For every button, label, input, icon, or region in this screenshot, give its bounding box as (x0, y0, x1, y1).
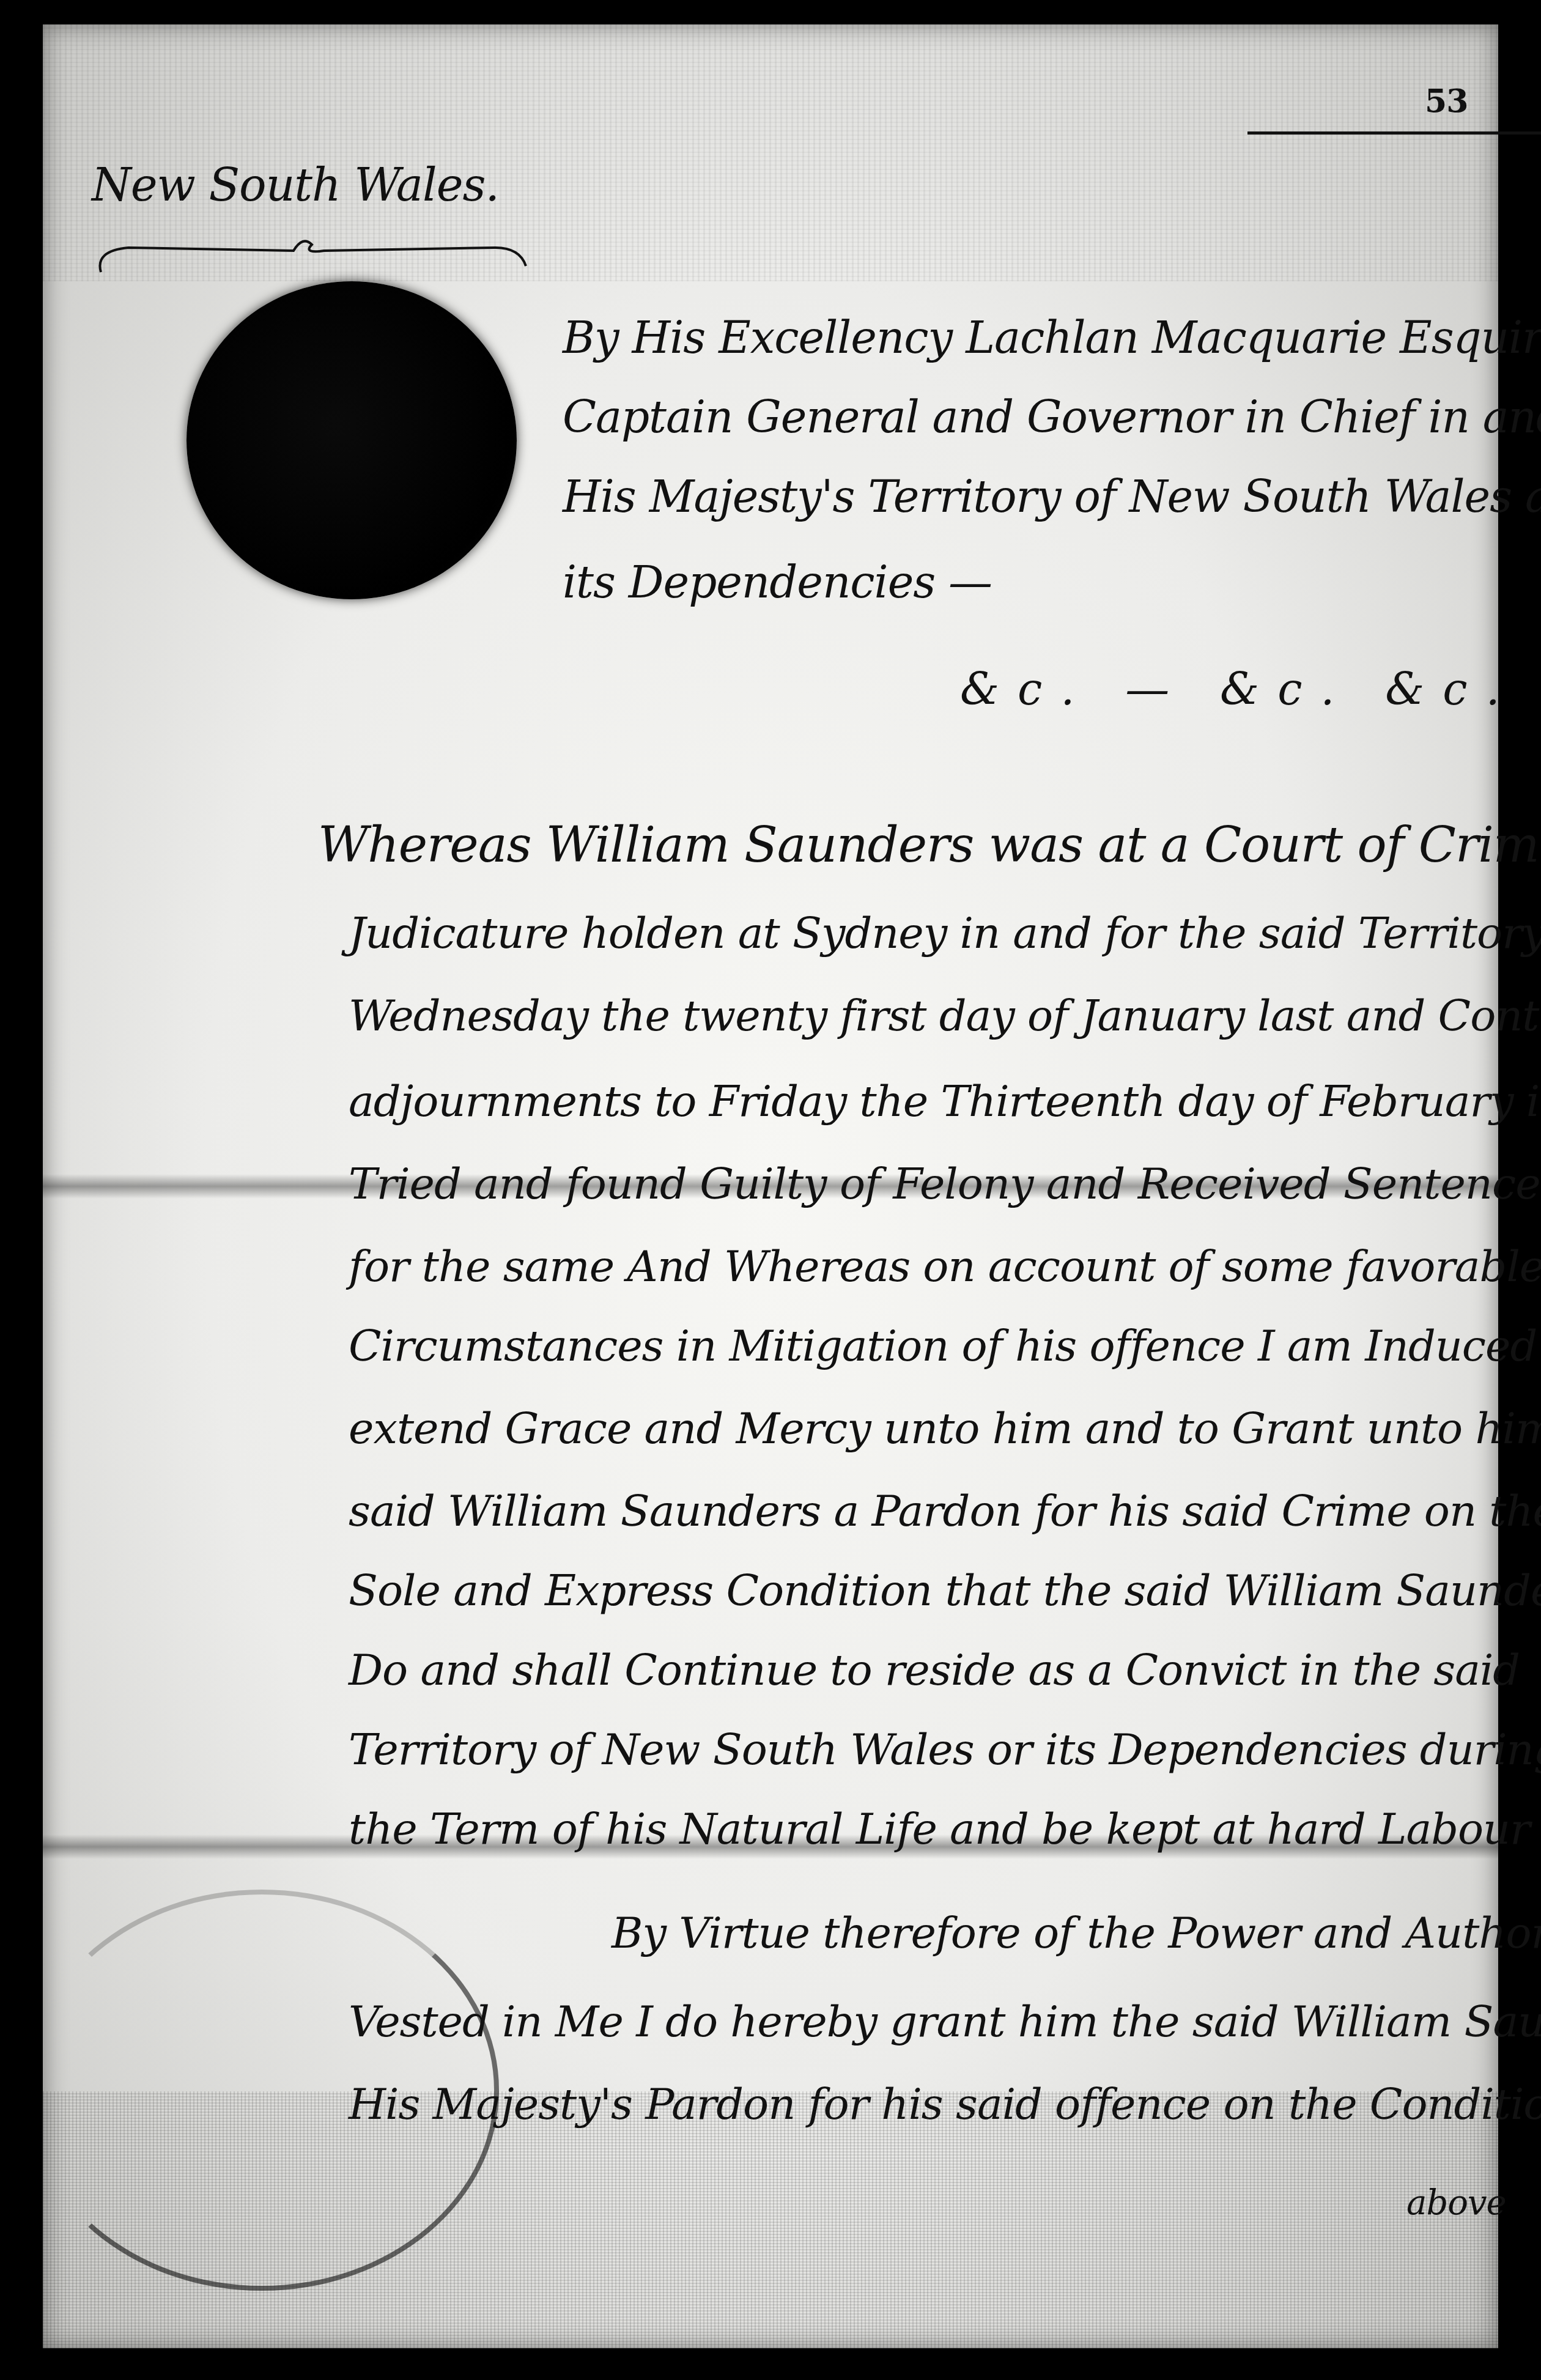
catchword: above (1406, 2183, 1506, 2223)
body-line: Wednesday the twenty first day of Januar… (349, 991, 1541, 1041)
body-line: Judicature holden at Sydney in and for t… (349, 908, 1541, 958)
manuscript-page: 53 New South Wales. By His Excellency La… (43, 24, 1498, 2348)
etc-line: &c. — &c. &c. (960, 663, 1518, 715)
body-line: Circumstances in Mitigation of his offen… (349, 1321, 1541, 1371)
body-line: said William Saunders a Pardon for his s… (349, 1486, 1541, 1536)
body-line: Do and shall Continue to reside as a Con… (349, 1645, 1520, 1695)
heading-flourish-icon (92, 220, 532, 275)
body-line: Sole and Express Condition that the said… (349, 1565, 1541, 1616)
title-line-4: its Dependencies — (563, 556, 992, 608)
body-line: for the same And Whereas on account of s… (349, 1241, 1541, 1292)
body-line: adjournments to Friday the Thirteenth da… (349, 1076, 1541, 1126)
body-line: Tried and found Guilty of Felony and Rec… (349, 1159, 1541, 1209)
body-line: By Virtue therefore of the Power and Aut… (612, 1908, 1541, 1958)
body-line: extend Grace and Mercy unto him and to G… (349, 1403, 1541, 1454)
body-line: Territory of New South Wales or its Depe… (349, 1724, 1541, 1775)
title-line-2: Captain General and Governor in Chief in… (563, 391, 1541, 443)
page-number-rule (1247, 131, 1541, 135)
body-line: the Term of his Natural Life and be kept… (349, 1804, 1541, 1854)
body-line: Vested in Me I do hereby grant him the s… (349, 1997, 1541, 2047)
title-line-1: By His Excellency Lachlan Macquarie Esqu… (563, 312, 1541, 363)
title-line-3: His Majesty's Territory of New South Wal… (563, 471, 1541, 522)
document-heading: New South Wales. (92, 159, 499, 212)
page-number: 53 (1425, 83, 1468, 120)
wax-seal (187, 281, 517, 599)
body-line: His Majesty's Pardon for his said offenc… (349, 2079, 1541, 2129)
body-line: Whereas William Saunders was at a Court … (318, 816, 1541, 873)
